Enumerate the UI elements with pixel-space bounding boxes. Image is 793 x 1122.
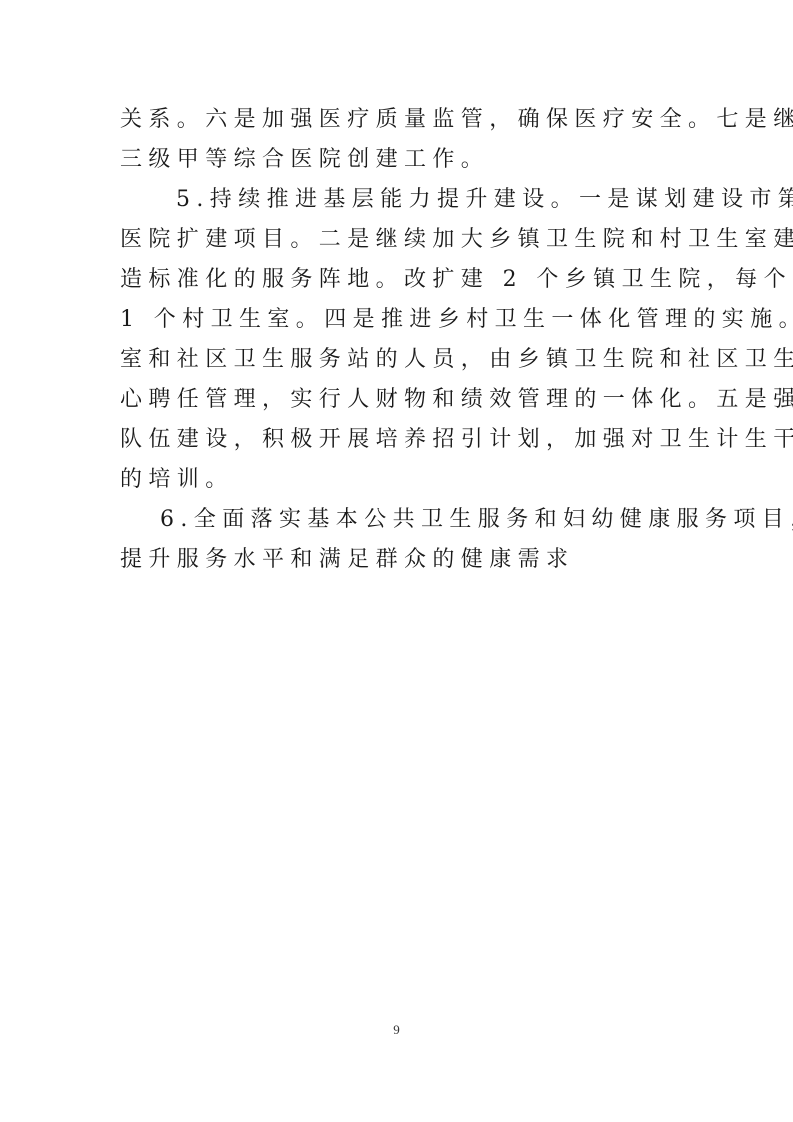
paragraph-continuation: 关系。六是加强医疗质量监管，确保医疗安全。七是继续做好 三级甲等综合医院创建工作… — [120, 100, 698, 180]
text-line: 室和社区卫生服务站的人员，由乡镇卫生院和社区卫生服务中 — [120, 340, 698, 380]
text-line: 心聘任管理，实行人财物和绩效管理的一体化。五是强化人才 — [120, 380, 698, 420]
text-line: 造标准化的服务阵地。改扩建 2 个乡镇卫生院，每个乡镇新建 — [120, 260, 698, 300]
text-line: 提升服务水平和满足群众的健康需求 — [120, 540, 698, 580]
text-line: 的培训。 — [120, 460, 698, 500]
text-line: 5.持续推进基层能力提升建设。一是谋划建设市第一人民 — [120, 180, 698, 220]
text-line: 6.全面落实基本公共卫生服务和妇幼健康服务项目，不断 — [120, 500, 698, 540]
text-line: 三级甲等综合医院创建工作。 — [120, 140, 698, 180]
body-text: 关系。六是加强医疗质量监管，确保医疗安全。七是继续做好 三级甲等综合医院创建工作… — [120, 100, 698, 580]
page-number: 9 — [0, 1022, 793, 1038]
text-line: 1 个村卫生室。四是推进乡村卫生一体化管理的实施。村卫生 — [120, 300, 698, 340]
text-line: 队伍建设，积极开展培养招引计划，加强对卫生计生干部队伍 — [120, 420, 698, 460]
document-page: 关系。六是加强医疗质量监管，确保医疗安全。七是继续做好 三级甲等综合医院创建工作… — [0, 0, 793, 1122]
text-line: 医院扩建项目。二是继续加大乡镇卫生院和村卫生室建设，打 — [120, 220, 698, 260]
paragraph-item-5: 5.持续推进基层能力提升建设。一是谋划建设市第一人民 医院扩建项目。二是继续加大… — [120, 180, 698, 500]
text-line: 关系。六是加强医疗质量监管，确保医疗安全。七是继续做好 — [120, 100, 698, 140]
paragraph-item-6: 6.全面落实基本公共卫生服务和妇幼健康服务项目，不断 提升服务水平和满足群众的健… — [120, 500, 698, 580]
